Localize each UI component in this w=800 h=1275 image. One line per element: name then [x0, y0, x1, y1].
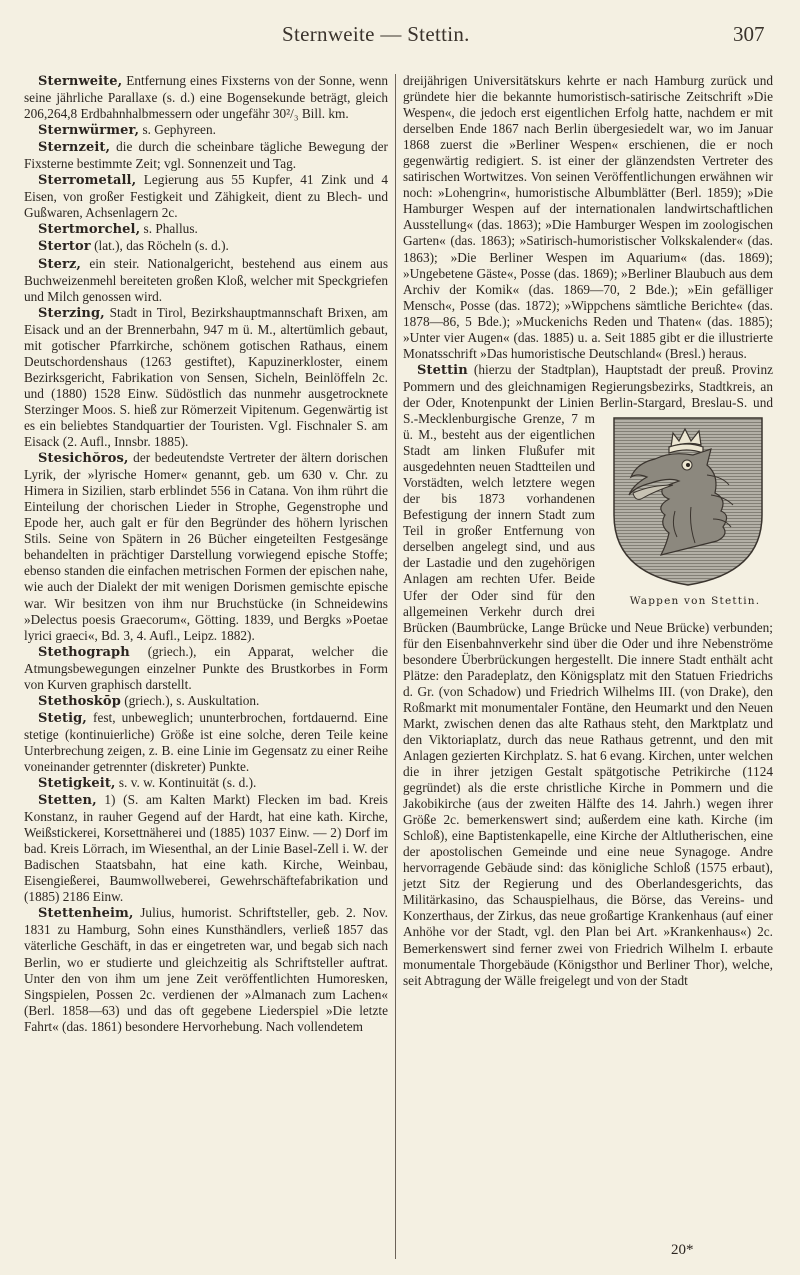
- entry-sterz: Sterz, ein steir. Nationalgericht, beste…: [24, 256, 388, 305]
- lemma: Stertor: [38, 239, 91, 254]
- entry-text: 1) (S. am Kalten Markt) Flecken im bad. …: [24, 792, 388, 904]
- coat-of-arms-figure: Wappen von Stettin.: [603, 415, 773, 613]
- entry-text: Stadt in Tirol, Bezirkshauptmannschaft B…: [24, 305, 388, 449]
- entry-stetten: Stetten, 1) (S. am Kalten Markt) Flecken…: [24, 792, 388, 905]
- entry-stettenheim-continued: dreijährigen Universitätskurs kehrte er …: [403, 73, 773, 362]
- lemma: Stettin: [417, 363, 468, 378]
- lemma: Sterz,: [38, 257, 81, 272]
- lemma: Stettenheim,: [38, 906, 134, 921]
- lemma: Stethograph: [38, 645, 130, 660]
- entry-text: Julius, humorist. Schriftsteller, geb. 2…: [24, 905, 388, 1033]
- entry-text: der bedeutendste Vertreter der ältern do…: [24, 450, 388, 643]
- entry-text: (lat.), das Röcheln (s. d.).: [91, 238, 229, 253]
- entry-sternweite: Sternweite, Entfernung eines Fixsterns v…: [24, 73, 388, 122]
- entry-text: s. Gephyreen.: [139, 122, 216, 137]
- entry-text: s. v. w. Kontinuität (s. d.).: [116, 775, 257, 790]
- entry-stesichoros: Stesichŏros, der bedeutendste Vertreter …: [24, 450, 388, 644]
- entry-stettin: Stettin (hierzu der Stadtplan), Hauptsta…: [403, 362, 773, 989]
- lemma: Stesichŏros,: [38, 451, 129, 466]
- entry-stetigkeit: Stetigkeit, s. v. w. Kontinuität (s. d.)…: [24, 775, 388, 792]
- page-number: 307: [733, 22, 765, 47]
- lemma: Sternzeit,: [38, 140, 110, 155]
- running-title: Sternweite — Stettin.: [282, 22, 562, 47]
- column-divider: [395, 74, 396, 1259]
- lemma: Stertmorchel,: [38, 222, 140, 237]
- entry-stetig: Stetig, fest, unbeweglich; ununterbroche…: [24, 710, 388, 775]
- lemma: Sterzing,: [38, 306, 105, 321]
- entry-text: s. Phallus.: [140, 221, 198, 236]
- entry-stethograph: Stethograph (griech.), ein Apparat, welc…: [24, 644, 388, 693]
- entry-stethoskop: Stethoskōp (griech.), s. Auskultation.: [24, 693, 388, 710]
- page-header: Sternweite — Stettin. 307: [0, 20, 800, 50]
- entry-sternzeit: Sternzeit, die durch die scheinbare tägl…: [24, 139, 388, 172]
- entry-sterzing: Sterzing, Stadt in Tirol, Bezirkshauptma…: [24, 305, 388, 450]
- lemma: Stetigkeit,: [38, 776, 116, 791]
- lemma: Stethoskōp: [38, 694, 121, 709]
- lemma: Stetten,: [38, 793, 97, 808]
- figure-caption: Wappen von Stettin.: [603, 593, 773, 609]
- entry-sternwuermer: Sternwürmer, s. Gephyreen.: [24, 122, 388, 139]
- right-column: dreijährigen Universitätskurs kehrte er …: [403, 73, 773, 989]
- entry-stertor: Stertor (lat.), das Röcheln (s. d.).: [24, 238, 388, 255]
- signature-mark: 20*: [671, 1242, 694, 1259]
- entry-stettenheim: Stettenheim, Julius, humorist. Schriftst…: [24, 905, 388, 1034]
- griffin-coat-of-arms-icon: [611, 415, 765, 587]
- lemma: Sternweite,: [38, 74, 122, 89]
- entry-stertmorchel: Stertmorchel, s. Phallus.: [24, 221, 388, 238]
- entry-text: (griech.), s. Auskultation.: [121, 693, 260, 708]
- lemma: Stetig,: [38, 711, 87, 726]
- lemma: Sternwürmer,: [38, 123, 139, 138]
- lemma: Sterrometall,: [38, 173, 136, 188]
- entry-sterrometall: Sterrometall, Legierung aus 55 Kupfer, 4…: [24, 172, 388, 221]
- left-column: Sternweite, Entfernung eines Fixsterns v…: [24, 73, 388, 1035]
